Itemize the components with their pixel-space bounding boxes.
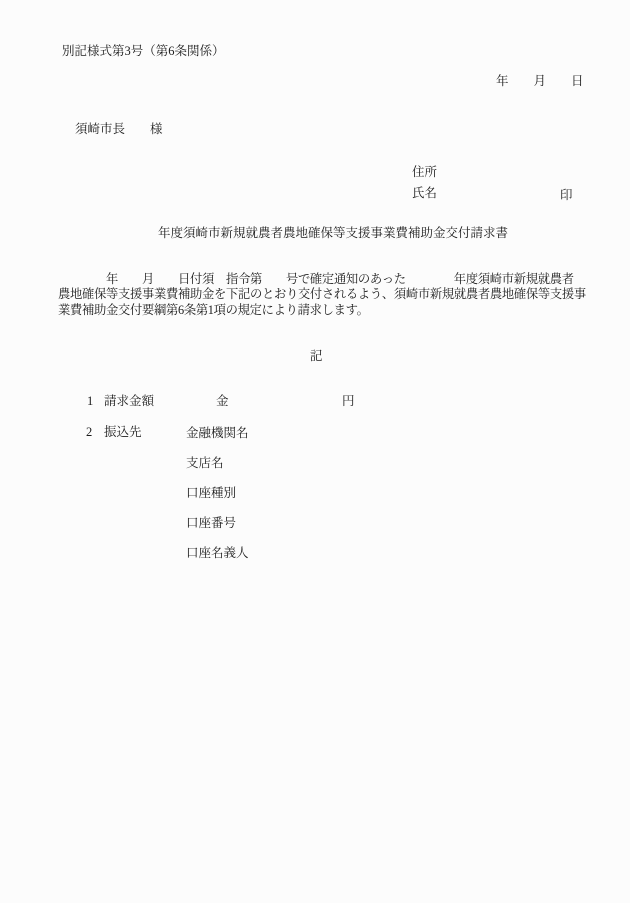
document-page: 別記様式第3号（第6条関係） 年 月 日 須崎市長 様 住所 氏名 印 年度須崎… <box>0 0 630 903</box>
bank-field-branch: 支店名 <box>186 456 224 471</box>
address-label: 住所 <box>412 165 437 180</box>
item2-number: 2 <box>86 425 92 440</box>
item1-number: 1 <box>87 394 93 409</box>
name-label: 氏名 <box>412 186 437 201</box>
amount-currency-suffix: 円 <box>342 394 355 409</box>
bank-field-institution: 金融機関名 <box>186 426 249 441</box>
addressee-line: 須崎市長 様 <box>75 122 163 137</box>
document-title: 年度須崎市新規就農者農地確保等支援事業費補助金交付請求書 <box>158 226 508 241</box>
bank-field-account-number: 口座番号 <box>186 516 236 531</box>
item1-label: 請求金額 <box>104 394 154 409</box>
body-line-2: 農地確保等支援事業費補助金を下記のとおり交付されるよう、須崎市新規就農者農地確保… <box>58 287 598 302</box>
item2-label: 振込先 <box>104 425 142 440</box>
seal-mark: 印 <box>560 188 573 203</box>
list-marker: 記 <box>310 349 323 364</box>
amount-currency-prefix: 金 <box>216 394 229 409</box>
date-line: 年 月 日 <box>496 74 584 89</box>
form-reference-note: 別記様式第3号（第6条関係） <box>62 44 225 59</box>
bank-field-account-holder: 口座名義人 <box>186 546 249 561</box>
body-paragraph: 年 月 日付須 指令第 号で確定通知のあった 年度須崎市新規就農者 農地確保等支… <box>58 272 598 318</box>
body-line-3: 業費補助金交付要綱第6条第1項の規定により請求します。 <box>58 303 598 318</box>
bank-field-account-type: 口座種別 <box>186 486 236 501</box>
body-line-1: 年 月 日付須 指令第 号で確定通知のあった 年度須崎市新規就農者 <box>58 272 598 287</box>
